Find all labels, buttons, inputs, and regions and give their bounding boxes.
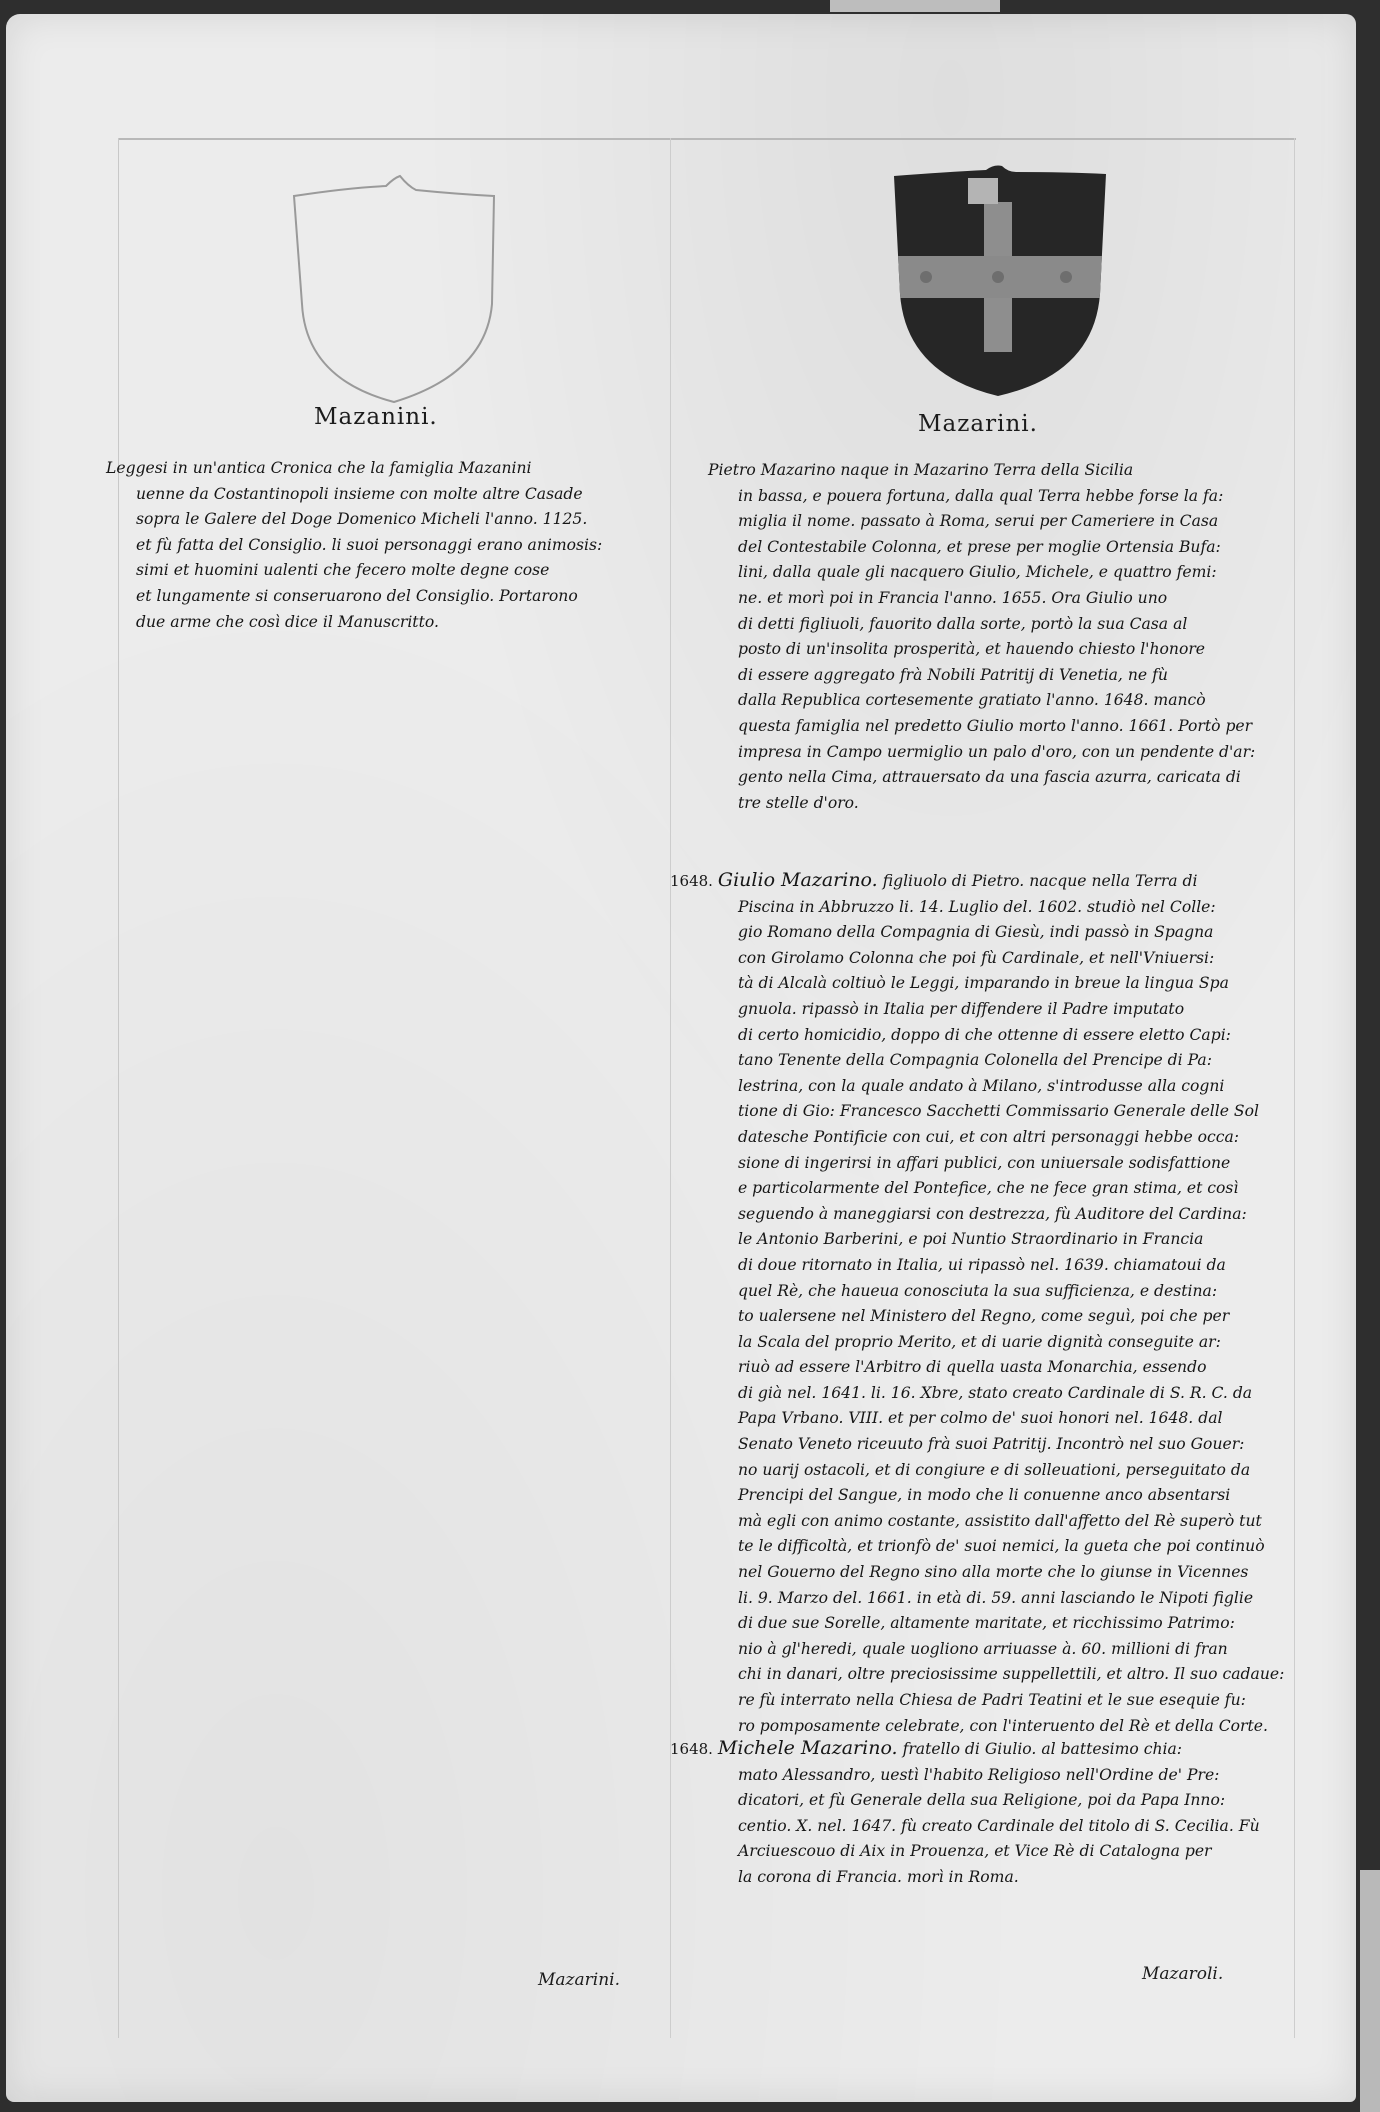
text-line: Leggesi in un'antica Cronica che la fami… bbox=[106, 456, 602, 482]
text-line: ne. et morì poi in Francia l'anno. 1655.… bbox=[708, 586, 1255, 612]
text-line: di due sue Sorelle, altamente maritate, … bbox=[670, 1611, 1284, 1637]
text-line: Piscina in Abbruzzo li. 14. Luglio del. … bbox=[670, 895, 1284, 921]
catchword-right: Mazaroli. bbox=[1142, 1964, 1223, 1984]
text-line: mato Alessandro, uestì l'habito Religios… bbox=[670, 1763, 1260, 1789]
text-line: simi et huomini ualenti che fecero molte… bbox=[106, 558, 602, 584]
text-line: questa famiglia nel predetto Giulio mort… bbox=[708, 714, 1255, 740]
text-line: tà di Alcalà coltiuò le Leggi, imparando… bbox=[670, 971, 1284, 997]
catchword-left: Mazarini. bbox=[538, 1970, 620, 1990]
text-line: di già nel. 1641. li. 16. Xbre, stato cr… bbox=[670, 1381, 1284, 1407]
text-line: due arme che così dice il Manuscritto. bbox=[106, 610, 602, 636]
text-line: Senato Veneto riceuuto frà suoi Patritij… bbox=[670, 1432, 1284, 1458]
entry-pietro-mazarino: Pietro Mazarino naque in Mazarino Terra … bbox=[708, 458, 1255, 816]
mounting-tab bbox=[830, 0, 1000, 12]
text-line: figliuolo di Pietro. nacque nella Terra … bbox=[883, 872, 1198, 890]
ruled-line-right bbox=[1294, 138, 1295, 2038]
text-line: tione di Gio: Francesco Sacchetti Commis… bbox=[670, 1099, 1284, 1125]
text-line: et lungamente si conseruarono del Consig… bbox=[106, 584, 602, 610]
text-line: no uarij ostacoli, et di congiure e di s… bbox=[670, 1458, 1284, 1484]
manuscript-page: Mazanini. Mazarini. Leggesi in un'antica… bbox=[6, 14, 1356, 2102]
entry-michele-mazarino: 1648. Michele Mazarino. fratello di Giul… bbox=[670, 1736, 1260, 1891]
entry-year: 1648. bbox=[670, 1740, 713, 1758]
entry-giulio-mazarino: 1648. Giulio Mazarino. figliuolo di Piet… bbox=[670, 868, 1284, 1739]
text-line: quel Rè, che haueua conosciuta la sua su… bbox=[670, 1279, 1284, 1305]
text-line: fratello di Giulio. al battesimo chia: bbox=[903, 1740, 1182, 1758]
text-line: gento nella Cima, attrauersato da una fa… bbox=[708, 765, 1255, 791]
text-line: impresa in Campo uermiglio un palo d'oro… bbox=[708, 740, 1255, 766]
text-line: e particolarmente del Pontefice, che ne … bbox=[670, 1176, 1284, 1202]
text-line: le Antonio Barberini, e poi Nuntio Strao… bbox=[670, 1227, 1284, 1253]
text-line: in bassa, e pouera fortuna, dalla qual T… bbox=[708, 484, 1255, 510]
text-line: mà egli con animo costante, assistito da… bbox=[670, 1509, 1284, 1535]
coat-of-arms-icon bbox=[886, 164, 1111, 399]
text-line: la Scala del proprio Merito, et di uarie… bbox=[670, 1330, 1284, 1356]
text-line: seguendo à maneggiarsi con destrezza, fù… bbox=[670, 1202, 1284, 1228]
text-line: dalla Republica cortesemente gratiato l'… bbox=[708, 688, 1255, 714]
text-line: gnuola. ripassò in Italia per diffendere… bbox=[670, 997, 1284, 1023]
text-line: la corona di Francia. morì in Roma. bbox=[670, 1865, 1260, 1891]
text-line: re fù interrato nella Chiesa de Padri Te… bbox=[670, 1688, 1284, 1714]
text-line: tano Tenente della Compagnia Colonella d… bbox=[670, 1048, 1284, 1074]
text-line: to ualersene nel Ministero del Regno, co… bbox=[670, 1304, 1284, 1330]
text-line: sopra le Galere del Doge Domenico Michel… bbox=[106, 507, 602, 533]
text-line: dicatori, et fù Generale della sua Relig… bbox=[670, 1788, 1260, 1814]
text-line: tre stelle d'oro. bbox=[708, 791, 1255, 817]
text-line: uenne da Costantinopoli insieme con molt… bbox=[106, 482, 602, 508]
text-line: et fù fatta del Consiglio. li suoi perso… bbox=[106, 533, 602, 559]
text-line: di detti figliuoli, fauorito dalla sorte… bbox=[708, 612, 1255, 638]
text-line: centio. X. nel. 1647. fù creato Cardinal… bbox=[670, 1814, 1260, 1840]
text-line: lini, dalla quale gli nacquero Giulio, M… bbox=[708, 560, 1255, 586]
text-line: Prencipi del Sangue, in modo che li conu… bbox=[670, 1483, 1284, 1509]
family-heading-mazarini: Mazarini. bbox=[918, 411, 1038, 437]
text-line: gio Romano della Compagnia di Giesù, ind… bbox=[670, 920, 1284, 946]
text-line: posto di un'insolita prosperità, et haue… bbox=[708, 637, 1255, 663]
entry-name: Giulio Mazarino. bbox=[718, 869, 878, 891]
ruled-line-left bbox=[118, 138, 119, 2038]
mazanini-description: Leggesi in un'antica Cronica che la fami… bbox=[106, 456, 602, 635]
text-line: Arciuescouo di Aix in Prouenza, et Vice … bbox=[670, 1839, 1260, 1865]
shield-outline-icon bbox=[276, 174, 506, 409]
text-line: del Contestabile Colonna, et prese per m… bbox=[708, 535, 1255, 561]
text-line: te le difficoltà, et trionfò de' suoi ne… bbox=[670, 1534, 1284, 1560]
text-line: di certo homicidio, doppo di che ottenne… bbox=[670, 1023, 1284, 1049]
text-line: nel Gouerno del Regno sino alla morte ch… bbox=[670, 1560, 1284, 1586]
text-line: riuò ad essere l'Arbitro di quella uasta… bbox=[670, 1355, 1284, 1381]
text-line: sione di ingerirsi in affari publici, co… bbox=[670, 1151, 1284, 1177]
backing-board bbox=[1360, 1870, 1380, 2112]
text-line: Papa Vrbano. VIII. et per colmo de' suoi… bbox=[670, 1406, 1284, 1432]
text-line: chi in danari, oltre preciosissime suppe… bbox=[670, 1662, 1284, 1688]
text-line: Pietro Mazarino naque in Mazarino Terra … bbox=[708, 458, 1255, 484]
entry-year: 1648. bbox=[670, 872, 713, 890]
ruled-line-top bbox=[118, 138, 1296, 140]
text-line: datesche Pontificie con cui, et con altr… bbox=[670, 1125, 1284, 1151]
text-line: di doue ritornato in Italia, ui ripassò … bbox=[670, 1253, 1284, 1279]
text-line: miglia il nome. passato à Roma, serui pe… bbox=[708, 509, 1255, 535]
text-line: di essere aggregato frà Nobili Patritij … bbox=[708, 663, 1255, 689]
text-line: con Girolamo Colonna che poi fù Cardinal… bbox=[670, 946, 1284, 972]
family-heading-mazanini: Mazanini. bbox=[314, 404, 438, 430]
text-line: li. 9. Marzo del. 1661. in età di. 59. a… bbox=[670, 1586, 1284, 1612]
text-line: nio à gl'heredi, quale uogliono arriuass… bbox=[670, 1637, 1284, 1663]
text-line: lestrina, con la quale andato à Milano, … bbox=[670, 1074, 1284, 1100]
entry-title-line: 1648. Michele Mazarino. fratello di Giul… bbox=[670, 1736, 1260, 1763]
entry-name: Michele Mazarino. bbox=[718, 1737, 898, 1759]
entry-title-line: 1648. Giulio Mazarino. figliuolo di Piet… bbox=[670, 868, 1284, 895]
